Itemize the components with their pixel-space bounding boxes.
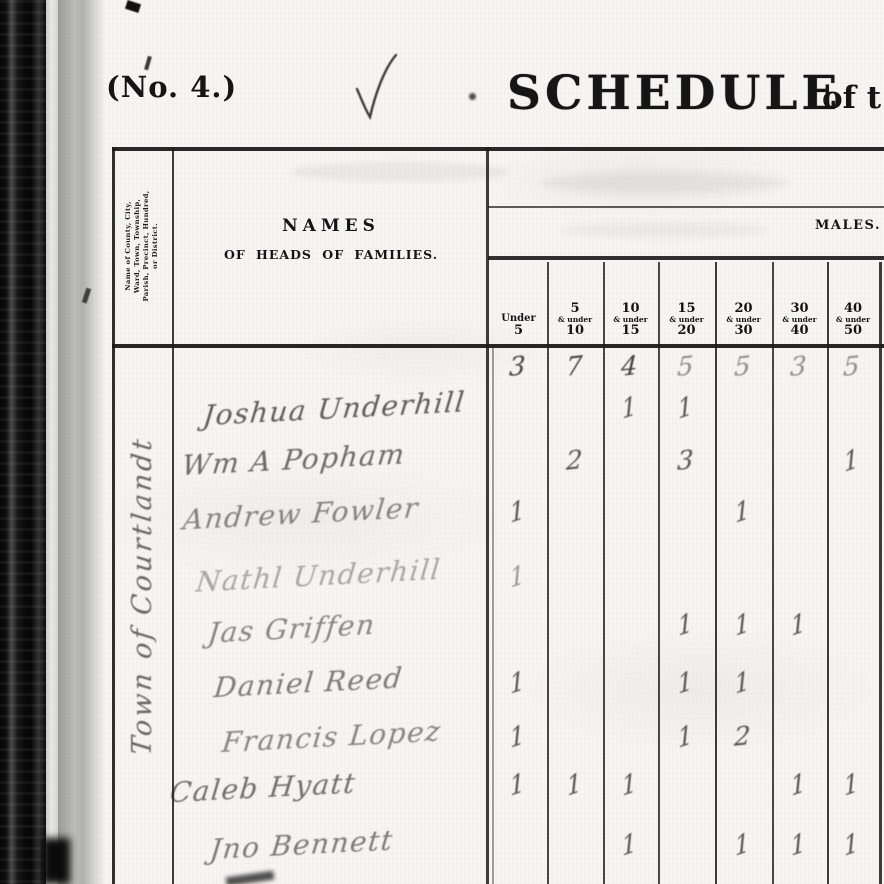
tally-count: 1 xyxy=(506,558,529,595)
table-rule xyxy=(112,147,115,884)
tally-count: 3 xyxy=(788,351,811,384)
film-blotch xyxy=(42,838,70,884)
corner-label-line: Ward, Town, Township, xyxy=(133,146,142,346)
names-header-line2: OF HEADS OF FAMILIES. xyxy=(176,247,486,262)
males-section-label: MALES. xyxy=(815,218,881,233)
tally-count: 1 xyxy=(787,606,810,643)
census-document-scan: (No. 4.) SCHEDULE of t Name of County, C… xyxy=(0,0,884,884)
tally-count: 5 xyxy=(841,351,864,384)
age-column-header: 10& under15 xyxy=(603,262,658,344)
tally-count: 2 xyxy=(732,721,755,754)
names-header-line1: NAMES xyxy=(176,216,486,236)
schedule-title: SCHEDULE xyxy=(507,66,841,121)
age-range-top: 10 xyxy=(621,302,639,316)
bleed-through-smudge xyxy=(540,172,790,194)
head-of-family-name: Wm A Popham xyxy=(180,437,407,482)
tally-count: 1 xyxy=(840,826,863,863)
page-edge-shadow xyxy=(58,0,104,884)
tally-count: 1 xyxy=(506,718,529,755)
age-column-header: 20& under30 xyxy=(715,262,772,344)
table-rule xyxy=(488,256,884,260)
tally-count: 1 xyxy=(787,826,810,863)
table-rule xyxy=(488,206,884,208)
table-rule xyxy=(715,262,717,884)
partial-handwriting-stroke xyxy=(226,871,275,884)
age-range-bottom: 40 xyxy=(790,324,808,338)
corner-column-label: Name of County, City,Ward, Town, Townshi… xyxy=(113,146,171,346)
head-of-family-name: Joshua Underhill xyxy=(201,385,467,432)
tally-count: 1 xyxy=(506,493,529,530)
table-rule xyxy=(603,262,605,884)
age-range-bottom: 20 xyxy=(677,324,695,338)
table-rule xyxy=(112,344,884,348)
bleed-through-smudge xyxy=(560,222,770,238)
age-range-top: 40 xyxy=(844,302,862,316)
tally-count: 1 xyxy=(840,766,863,803)
tally-count: 1 xyxy=(731,826,754,863)
tally-count: 1 xyxy=(674,664,697,701)
age-range-top: 15 xyxy=(677,302,695,316)
tally-count: 3 xyxy=(675,445,698,478)
head-of-family-name: Jas Griffen xyxy=(206,607,377,649)
table-rule xyxy=(112,147,884,151)
age-range-bottom: 10 xyxy=(566,324,584,338)
ink-dot xyxy=(469,93,476,100)
tally-count: 7 xyxy=(564,351,587,384)
age-range-top: 20 xyxy=(734,302,752,316)
tally-count: 1 xyxy=(506,664,529,701)
age-range-bottom: 5 xyxy=(514,324,523,338)
table-rule xyxy=(486,147,489,884)
age-column-header: 30& under40 xyxy=(772,262,827,344)
age-range-bottom: 30 xyxy=(734,324,752,338)
table-rule xyxy=(172,147,174,884)
tally-count: 1 xyxy=(506,766,529,803)
form-number: (No. 4.) xyxy=(106,70,237,104)
age-column-header: 15& under20 xyxy=(658,262,715,344)
age-range-top: 5 xyxy=(570,302,579,316)
tally-count: 1 xyxy=(731,664,754,701)
margin-note-town: Town of Courtlandt xyxy=(127,354,163,838)
head-of-family-name: Francis Lopez xyxy=(220,714,443,759)
corner-label-line: Parish, Precinct, Hundred, xyxy=(142,146,151,346)
table-rule xyxy=(658,262,660,884)
tally-count: 4 xyxy=(619,351,642,384)
age-column-header: 40& under50 xyxy=(827,262,879,344)
microfilm-edge-band xyxy=(0,0,46,884)
tally-count: 1 xyxy=(731,606,754,643)
tally-count: 1 xyxy=(731,493,754,530)
corner-label-line: or District. xyxy=(151,146,160,346)
age-column-header: Under5 xyxy=(490,262,547,344)
age-range-bottom: 50 xyxy=(844,324,862,338)
tally-count: 5 xyxy=(675,351,698,384)
tally-count: 1 xyxy=(618,826,641,863)
tally-count: 1 xyxy=(840,442,863,479)
tally-count: 2 xyxy=(564,445,587,478)
tally-count: 5 xyxy=(732,351,755,384)
table-rule xyxy=(879,262,882,884)
head-of-family-name: Daniel Reed xyxy=(212,661,404,704)
ink-speck xyxy=(125,0,141,13)
tally-count: 1 xyxy=(674,389,697,426)
table-rule xyxy=(772,262,774,884)
table-rule xyxy=(827,262,829,884)
tally-count: 1 xyxy=(674,718,697,755)
ink-tick xyxy=(144,56,151,70)
table-rule xyxy=(492,346,494,884)
tally-count: 1 xyxy=(618,766,641,803)
check-mark-icon xyxy=(352,53,404,125)
head-of-family-name: Caleb Hyatt xyxy=(168,766,358,809)
tally-count: 3 xyxy=(507,351,530,384)
tally-count: 1 xyxy=(674,606,697,643)
microfilm-gap xyxy=(46,0,58,884)
corner-label-line: Name of County, City, xyxy=(124,146,133,346)
tally-count: 1 xyxy=(618,389,641,426)
bleed-through-smudge xyxy=(290,162,510,182)
head-of-family-name: Nathl Underhill xyxy=(194,552,442,598)
head-of-family-name: Andrew Fowler xyxy=(181,491,420,537)
tally-count: 1 xyxy=(787,766,810,803)
age-range-top: 30 xyxy=(790,302,808,316)
age-range-bottom: 15 xyxy=(621,324,639,338)
head-of-family-name: Jno Bennett xyxy=(208,823,395,866)
schedule-title-continuation: of t xyxy=(822,80,881,116)
tally-count: 1 xyxy=(563,766,586,803)
age-column-header: 5& under10 xyxy=(547,262,603,344)
table-rule xyxy=(547,262,549,884)
